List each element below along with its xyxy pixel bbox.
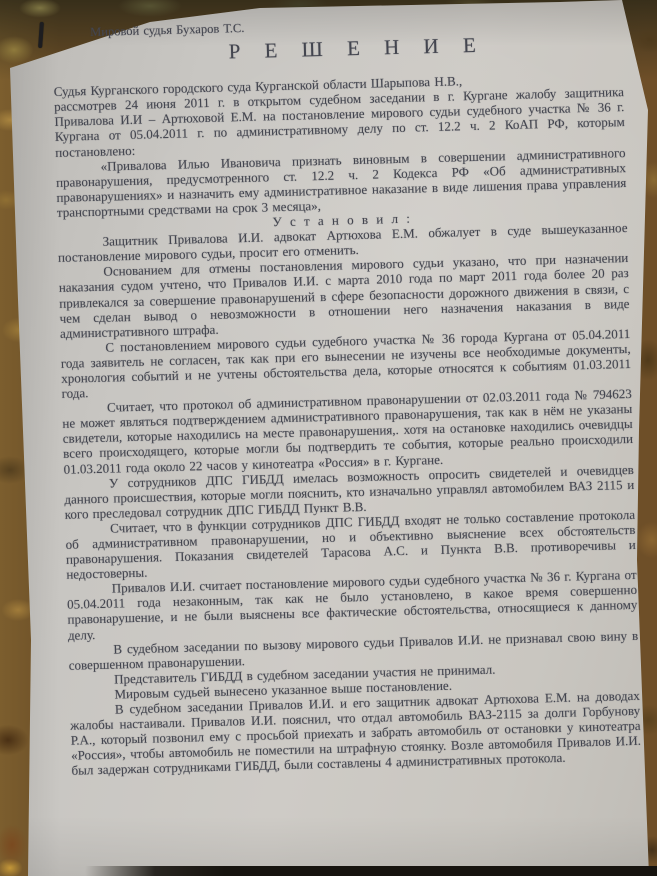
paragraph: В судебном заседании Привалов И.И. и его… xyxy=(70,688,642,778)
document-content: Мировой судья Бухаров Т.С. Р Е Ш Е Н И Е… xyxy=(52,11,642,778)
photo-of-court-decision: Мировой судья Бухаров Т.С. Р Е Ш Е Н И Е… xyxy=(0,0,657,876)
photo-bottom-shadow xyxy=(85,866,657,876)
decision-title: Р Е Ш Е Н И Е xyxy=(91,34,623,63)
